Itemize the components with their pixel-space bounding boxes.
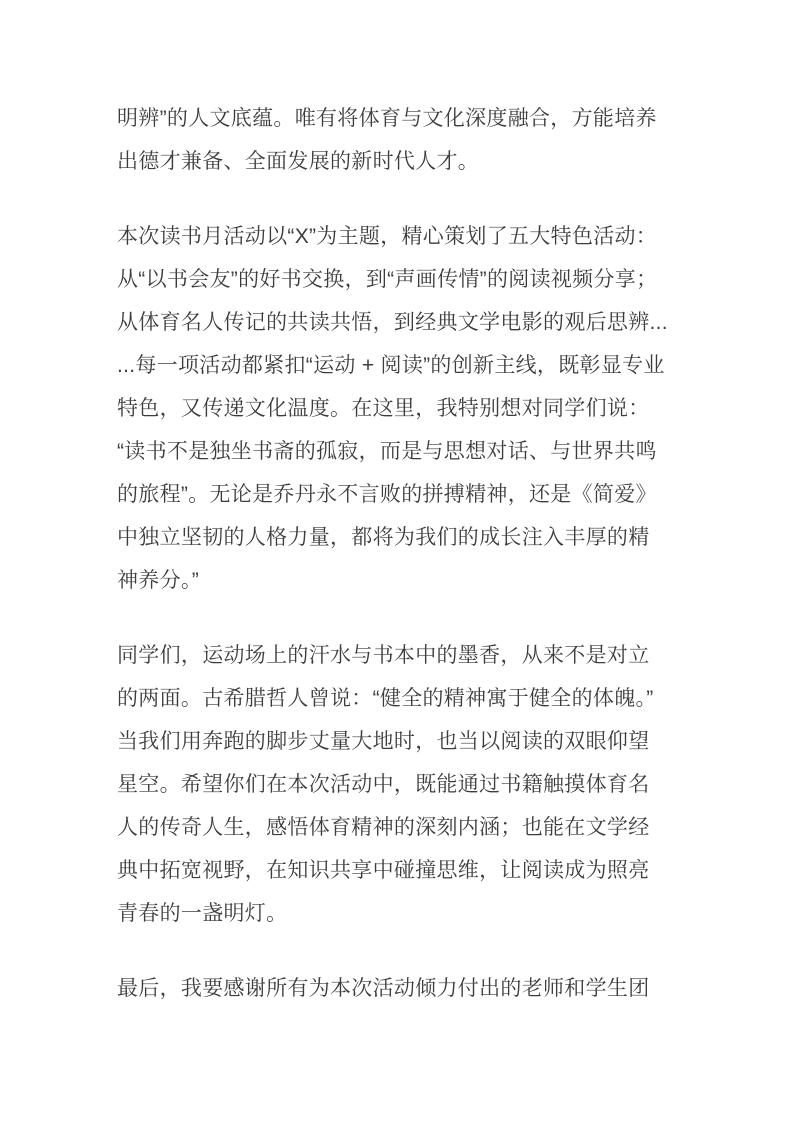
text-line: ...每一项活动都紧扣“运动 + 阅读”的创新主线，既彰显专业	[117, 344, 673, 387]
text-line: 同学们，运动场上的汗水与书本中的墨香，从来不是对立	[117, 634, 673, 677]
article-body: 明辨”的人文底蕴。唯有将体育与文化深度融合，方能培养出德才兼备、全面发展的新时代…	[0, 0, 793, 1010]
text-line: 从“以书会友”的好书交换，到“声画传情”的阅读视频分享；	[117, 258, 673, 301]
text-line: “读书不是独坐书斋的孤寂，而是与思想对话、与世界共鸣	[117, 430, 673, 473]
paragraph: 最后，我要感谢所有为本次活动倾力付出的老师和学生团	[117, 967, 673, 1010]
text-line: 特色，又传递文化温度。在这里，我特别想对同学们说：	[117, 387, 673, 430]
text-line: 本次读书月活动以“X”为主题，精心策划了五大特色活动：	[117, 215, 673, 258]
text-line: 当我们用奔跑的脚步丈量大地时，也当以阅读的双眼仰望	[117, 720, 673, 763]
text-line: 最后，我要感谢所有为本次活动倾力付出的老师和学生团	[117, 967, 673, 1010]
text-line: 的旅程”。无论是乔丹永不言败的拼搏精神，还是《简爱》	[117, 473, 673, 516]
paragraph: 同学们，运动场上的汗水与书本中的墨香，从来不是对立的两面。古希腊哲人曾说：“健全…	[117, 634, 673, 935]
text-line: 神养分。”	[117, 559, 673, 602]
text-line: 的两面。古希腊哲人曾说：“健全的精神寓于健全的体魄。”	[117, 677, 673, 720]
text-line: 典中拓宽视野，在知识共享中碰撞思维，让阅读成为照亮	[117, 849, 673, 892]
text-line: 明辨”的人文底蕴。唯有将体育与文化深度融合，方能培养	[117, 97, 673, 140]
paragraph: 本次读书月活动以“X”为主题，精心策划了五大特色活动：从“以书会友”的好书交换，…	[117, 215, 673, 602]
paragraph: 明辨”的人文底蕴。唯有将体育与文化深度融合，方能培养出德才兼备、全面发展的新时代…	[117, 97, 673, 183]
text-line: 人的传奇人生，感悟体育精神的深刻内涵；也能在文学经	[117, 806, 673, 849]
text-line: 出德才兼备、全面发展的新时代人才。	[117, 140, 673, 183]
text-line: 青春的一盏明灯。	[117, 892, 673, 935]
text-line: 星空。希望你们在本次活动中，既能通过书籍触摸体育名	[117, 763, 673, 806]
text-line: 从体育名人传记的共读共悟，到经典文学电影的观后思辨...	[117, 301, 673, 344]
document-page: 明辨”的人文底蕴。唯有将体育与文化深度融合，方能培养出德才兼备、全面发展的新时代…	[0, 0, 793, 1122]
text-line: 中独立坚韧的人格力量，都将为我们的成长注入丰厚的精	[117, 516, 673, 559]
